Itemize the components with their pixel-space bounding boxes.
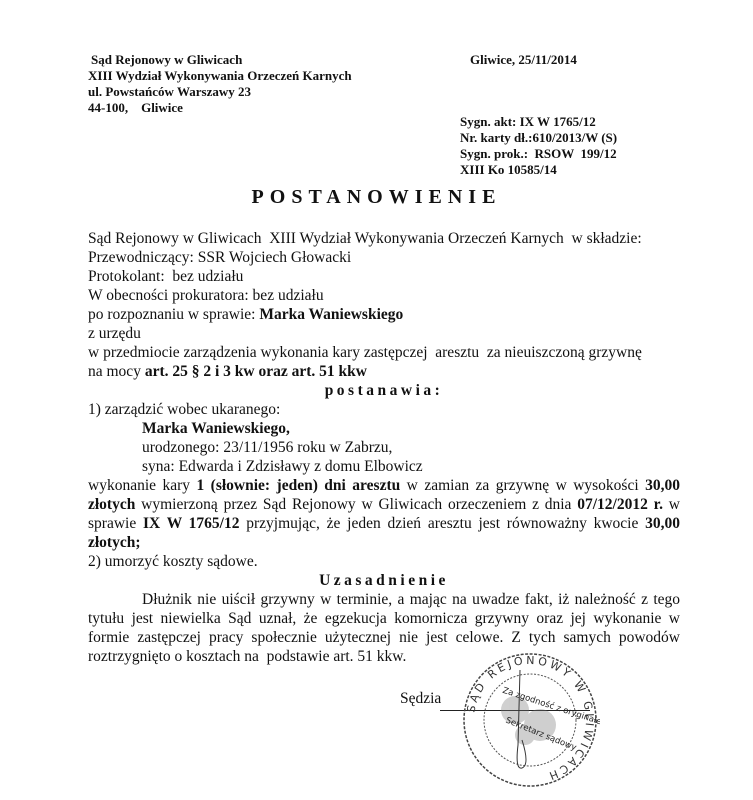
case-number: IX W 1765/12 [143, 515, 240, 532]
person-parents: syna: Edwarda i Zdzisławy z domu Elbowic… [142, 457, 680, 476]
case-signature: Sygn. akt: IX W 1765/12 [460, 114, 617, 130]
case-line: po rozpoznaniu w sprawie: Marka Waniewsk… [88, 305, 680, 324]
basis-prefix: na mocy [88, 363, 145, 380]
text: w zamian za grzywnę w wysokości [400, 477, 645, 494]
decision-paragraph: wykonanie kary 1 (słownie: jeden) dni ar… [88, 476, 680, 552]
chairperson: Przewodniczący: SSR Wojciech Głowacki [88, 248, 680, 267]
ko-number: XIII Ko 10585/14 [460, 162, 617, 178]
court-stamp-icon: SĄD REJONOWY W GLIWICACH Za zgodność z o… [460, 650, 600, 790]
case-references: Sygn. akt: IX W 1765/12 Nr. karty dł.:61… [460, 114, 617, 178]
prosecutor-signature: Sygn. prok.: RSOW 199/12 [460, 146, 617, 162]
arrest-days: 1 (słownie: jeden) dni aresztu [196, 477, 400, 494]
clerk: Protokolant: bez udziału [88, 267, 680, 286]
text: wykonanie kary [88, 477, 196, 494]
basis-articles: art. 25 § 2 i 3 kw oraz art. 51 kkw [145, 363, 367, 380]
prosecutor-presence: W obecności prokuratora: bez udziału [88, 286, 680, 305]
court-address-block: Sąd Rejonowy w Gliwicach XIII Wydział Wy… [88, 52, 352, 116]
subject-line: w przedmiocie zarządzenia wykonania kary… [88, 343, 680, 362]
text: wymierzoną przez Sąd Rejonowy w Gliwicac… [135, 496, 577, 513]
court-name: Sąd Rejonowy w Gliwicach [88, 52, 352, 68]
case-name: Marka Waniewskiego [259, 306, 403, 323]
person-birth: urodzonego: 23/11/1956 roku w Zabrzu, [142, 438, 680, 457]
court-postal: 44-100, Gliwice [88, 100, 352, 116]
decision-heading: postanawia: [88, 381, 680, 400]
judgment-date: 07/12/2012 r. [577, 496, 663, 513]
decision-item-1: 1) zarządzić wobec ukaranego: [88, 400, 680, 419]
court-street: ul. Powstańców Warszawy 23 [88, 84, 352, 100]
document-body: Sąd Rejonowy w Gliwicach XIII Wydział Wy… [88, 229, 680, 666]
document-title: POSTANOWIENIE [0, 186, 753, 209]
person-name: Marka Waniewskiego, [142, 420, 290, 437]
text: przyjmując, że jeden dzień aresztu jest … [240, 515, 646, 532]
place-date: Gliwice, 25/11/2014 [470, 52, 577, 68]
person-details: Marka Waniewskiego, urodzonego: 23/11/19… [88, 419, 680, 476]
justification-heading: Uzasadnienie [88, 571, 680, 590]
case-prefix: po rozpoznaniu w sprawie: [88, 306, 259, 323]
ex-officio: z urzędu [88, 324, 680, 343]
court-composition: Sąd Rejonowy w Gliwicach XIII Wydział Wy… [88, 229, 680, 248]
court-division: XIII Wydział Wykonywania Orzeczeń Karnyc… [88, 68, 352, 84]
judge-label: Sędzia [400, 690, 441, 708]
legal-basis: na mocy art. 25 § 2 i 3 kw oraz art. 51 … [88, 362, 680, 381]
decision-item-2: 2) umorzyć koszty sądowe. [88, 552, 680, 571]
card-number: Nr. karty dł.:610/2013/W (S) [460, 130, 617, 146]
